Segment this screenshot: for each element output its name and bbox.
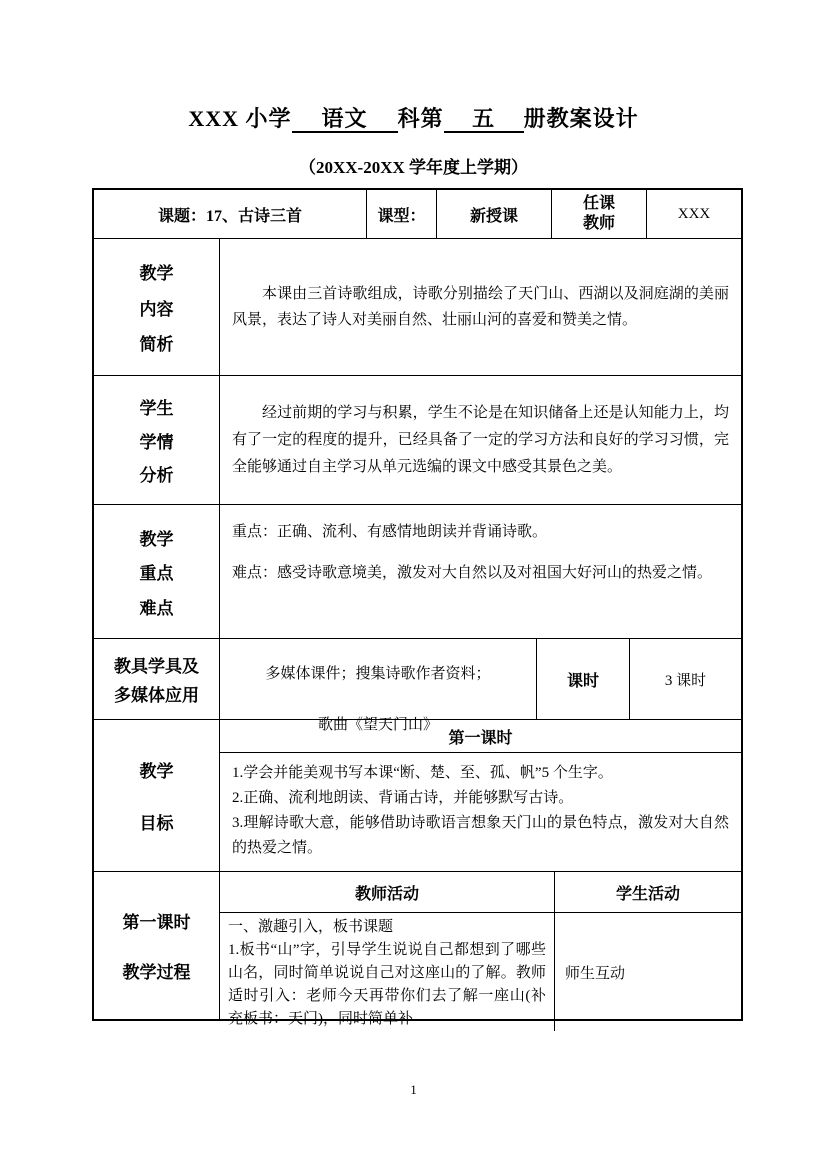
student-analysis-label: 学生 学情 分析 [94,376,219,504]
teaching-aids-text: 多媒体课件；搜集诗歌作者资料； 歌曲《望天门山》 [219,639,536,719]
objective-item: 2.正确、流利地朗读、背诵古诗，并能够默写古诗。 [232,786,729,811]
key-points-text: 重点：正确、流利、有感情地朗读并背诵诗歌。 难点：感受诗歌意境美，激发对大自然以… [219,505,741,638]
title-blank-subject: 语文 [292,106,398,133]
table-row-student-analysis: 学生 学情 分析 经过前期的学习与积累，学生不论是在知识储备上还是认知能力上，均… [94,375,741,504]
teacher-label: 任课 教师 [551,190,646,238]
objectives-right: 第一课时 1.学会并能美观书写本课“断、楚、至、孤、帆”5 个生字。 2.正确、… [219,720,741,871]
table-row-key-points: 教学 重点 难点 重点：正确、流利、有感情地朗读并背诵诗歌。 难点：感受诗歌意境… [94,504,741,638]
period-value: 3 课时 [629,639,741,719]
teaching-aids-label: 教具学具及 多媒体应用 [94,639,219,719]
document-title: XXX 小学语文科第五册教案设计 [0,102,827,133]
difficult-point: 难点：感受诗歌意境美，激发对大自然以及对祖国大好河山的热爱之情。 [232,560,729,586]
student-analysis-text: 经过前期的学习与积累，学生不论是在知识储备上还是认知能力上，均有了一定的程度的提… [219,376,741,504]
objective-item: 3.理解诗歌大意，能够借助诗歌语言想象天门山的景色特点，激发对大自然的热爱之情。 [232,811,729,861]
topic-cell: 课题：17、古诗三首 [94,190,366,238]
course-type-label: 课型： [366,190,436,238]
teacher-activity-text: 一、激趣引入，板书课题 1.板书“山”字，引导学生说说自己都想到了哪些山名，同时… [220,913,554,1031]
period-label: 课时 [536,639,629,719]
session-header: 第一课时 [220,720,741,753]
process-label: 第一课时 教学过程 [94,872,219,1019]
key-point: 重点：正确、流利、有感情地朗读并背诵诗歌。 [232,519,729,545]
student-activity-header: 学生活动 [554,872,741,912]
teacher-label-line1: 任课 [583,194,615,214]
document-page: XXX 小学语文科第五册教案设计 （20XX-20XX 学年度上学期） 课题：1… [0,0,827,1169]
content-summary-label: 教学 内容 简析 [94,239,219,375]
document-subtitle: （20XX-20XX 学年度上学期） [0,153,827,178]
lesson-plan-table: 课题：17、古诗三首 课型： 新授课 任课 教师 XXX 教学 内容 简析 本课… [92,188,743,1021]
title-prefix: XXX 小学 [188,106,291,131]
title-suffix: 册教案设计 [524,106,639,131]
teacher-value: XXX [646,190,741,238]
activities-header-row: 教师活动 学生活动 [220,872,741,913]
title-blank-volume: 五 [444,106,524,133]
title-mid: 科第 [398,106,444,131]
activities-body: 一、激趣引入，板书课题 1.板书“山”字，引导学生说说自己都想到了哪些山名，同时… [220,913,741,1031]
objective-item: 1.学会并能美观书写本课“断、楚、至、孤、帆”5 个生字。 [232,761,729,786]
page-number: 1 [0,1082,827,1098]
key-points-label: 教学 重点 难点 [94,505,219,638]
teacher-label-line2: 教师 [583,214,615,234]
table-row-teaching-aids: 教具学具及 多媒体应用 多媒体课件；搜集诗歌作者资料； 歌曲《望天门山》 课时 … [94,638,741,719]
course-type-value: 新授课 [436,190,551,238]
objectives-list: 1.学会并能美观书写本课“断、楚、至、孤、帆”5 个生字。 2.正确、流利地朗读… [220,753,741,871]
process-right: 教师活动 学生活动 一、激趣引入，板书课题 1.板书“山”字，引导学生说说自己都… [219,872,741,1019]
table-row-content-summary: 教学 内容 简析 本课由三首诗歌组成，诗歌分别描绘了天门山、西湖以及洞庭湖的美丽… [94,238,741,375]
table-row-header: 课题：17、古诗三首 课型： 新授课 任课 教师 XXX [94,190,741,238]
content-summary-text: 本课由三首诗歌组成，诗歌分别描绘了天门山、西湖以及洞庭湖的美丽风景，表达了诗人对… [219,239,741,375]
teacher-activity-header: 教师活动 [220,872,554,912]
student-activity-text: 师生互动 [554,913,741,1031]
objectives-label: 教学 目标 [94,720,219,871]
table-row-objectives: 教学 目标 第一课时 1.学会并能美观书写本课“断、楚、至、孤、帆”5 个生字。… [94,719,741,871]
table-row-process: 第一课时 教学过程 教师活动 学生活动 一、激趣引入，板书课题 1.板书“山”字… [94,871,741,1019]
